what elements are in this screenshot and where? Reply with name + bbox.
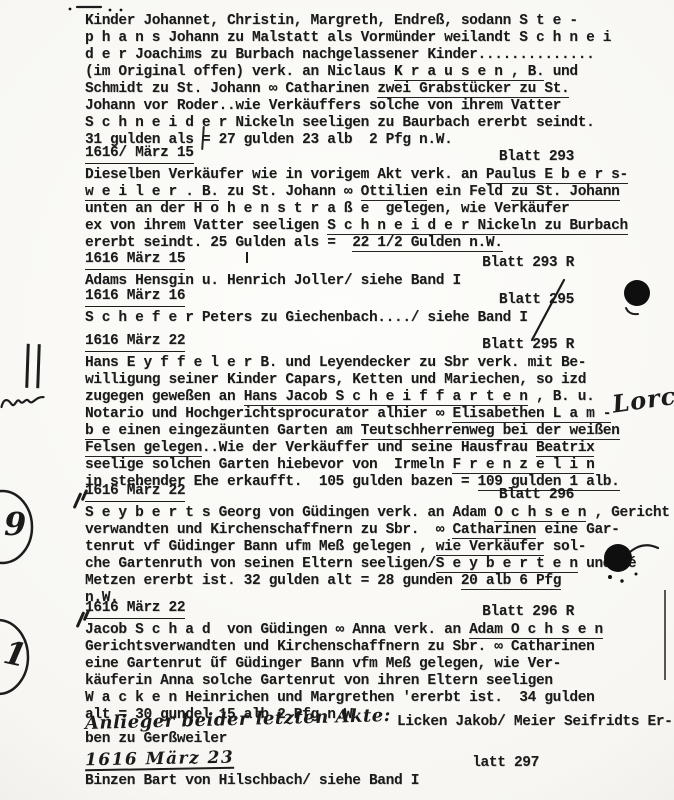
text-line: willigung seiner Kinder Capars, Ketten u…	[85, 372, 674, 389]
folio-ref: latt 297	[472, 755, 539, 772]
text-line: Anlieger beider letzten Akte: Licken Jak…	[85, 712, 674, 731]
entry-date: 1616 März 22	[85, 483, 185, 502]
handwritten-text: Anlieger beider letzten Akte:	[85, 708, 391, 732]
scanned-register-page: Kinder Johannet, Christin, Margreth, End…	[0, 0, 674, 800]
entry-date: 1616/ März 15	[85, 145, 194, 164]
text-line: zugegen geweßen an Hans Jacob S c h e i …	[85, 389, 674, 406]
text-segment: zu St. Johann ∞	[219, 184, 361, 200]
entry-date: 1616 März 22	[85, 600, 185, 619]
text-line: seelige solchen Garten hiebevor von Irme…	[85, 457, 674, 474]
text-line: Dieselben Verkäufer wie in vorigem Akt v…	[85, 167, 674, 184]
text-segment: willigung seiner Kinder Capars, Ketten u…	[85, 372, 586, 388]
text-segment: Gerichtsverwandten und Kirchenschaffnern…	[85, 639, 594, 655]
text-line: Jacob S c h a d von Güdingen ∞ Anna verk…	[85, 622, 674, 639]
text-line: Gerichtsverwandten und Kirchenschaffnern…	[85, 639, 674, 656]
margin-slash-mark	[73, 492, 82, 509]
text-line: Johann vor Roder..wie Verkäuffers solche…	[85, 98, 674, 115]
text-segment: Jacob S c h a d von Güdingen ∞ Anna verk…	[85, 622, 469, 638]
underlined-name: O c h s e n	[494, 505, 586, 522]
margin-squiggle-mark	[0, 390, 46, 420]
entry-header: 1616 März 22 Blatt 296 R	[85, 600, 674, 621]
entry-header: 1616/ März 15 Blatt 293	[85, 145, 674, 166]
underlined-amount: 22 1/2 Gulden n.W.	[352, 235, 502, 252]
margin-circled-number: 1	[0, 616, 36, 704]
text-segment: Dieselben Verkäufer wie in vorigem Akt v…	[85, 167, 486, 183]
text-line: Kinder Johannet, Christin, Margreth, End…	[85, 13, 674, 30]
register-entry: 1616 März 15 Blatt 293 R Adams Hensgin u…	[85, 251, 674, 290]
circled-number-label: 1	[1, 636, 30, 672]
text-segment: tenrut vf Güdinger Bann ufm Meß gelegen …	[85, 539, 436, 555]
underlined-name: Ottilien	[361, 184, 428, 201]
underlined-name: Elisabethen L a m -	[452, 406, 611, 423]
text-segment: eine Gar-	[536, 522, 620, 538]
text-segment: , B. u.	[528, 389, 595, 405]
underlined-text: wie Verkäufer	[436, 539, 545, 556]
text-segment: d e r Joachims zu Burbach nachgelassener…	[85, 47, 594, 63]
text-line: Schmidt zu St. Johann ∞ Catharinen zwei …	[85, 81, 674, 98]
text-segment: S c h n e i d e r Nickeln seeligen zu Ba…	[85, 115, 594, 131]
underlined-name: Hans Jacob S c h e i f f a r t e n	[244, 389, 528, 406]
underlined-name: b e	[85, 423, 110, 440]
text-segment: verwandten und Kirchenschaffnern zu Sbr.…	[85, 522, 452, 538]
text-segment: Hans E y f f e l e r B. und Leyendecker …	[85, 355, 586, 371]
text-line: p h a n s Johann zu Malstatt als Vormünd…	[85, 30, 674, 47]
text-line: Notario und Hochgerichtsprocurator alhie…	[85, 406, 674, 423]
text-segment: Adams Hensgin u. Henrich Joller/ siehe B…	[85, 273, 461, 289]
text-line: S e y b e r t s Georg von Güdingen verk.…	[85, 505, 674, 522]
underlined-name: Beatrix	[536, 440, 594, 457]
text-segment: che Gartenruth von seinen Eltern seelige…	[85, 556, 436, 572]
text-segment: (im Original offen) verk. an Niclaus	[85, 64, 394, 80]
register-entry: 1616 März 23 latt 297 Binzen Bart von Hi…	[85, 751, 674, 790]
text-segment: W a c k e n Heinrichen und Margrethen 'e…	[85, 690, 594, 706]
text-segment: ererbt seindt. 25 Gulden als =	[85, 235, 352, 251]
text-line: d e r Joachims zu Burbach nachgelassener…	[85, 47, 674, 64]
text-line: ben zu Gerßweiler	[85, 731, 674, 748]
text-segment: S c h e f e r Peters zu Giechenbach..../…	[85, 310, 528, 326]
text-line: b e einen eingezäunten Garten am Teutsch…	[85, 423, 674, 440]
circled-number-label: 9	[4, 508, 27, 540]
entry-date: 1616 März 22	[85, 333, 185, 352]
register-entry: 1616 März 22 Blatt 295 R Hans E y f f e …	[85, 333, 674, 491]
register-entry: 1616 März 16 Blatt 295 S c h e f e r Pet…	[85, 288, 674, 327]
text-segment: zugegen geweßen an	[85, 389, 244, 405]
underlined-name: F r e n z e l i n	[452, 457, 594, 474]
underlined-text: zu St. Johann	[511, 184, 620, 201]
text-segment: p h a n s Johann zu Malstatt als Vormünd…	[85, 30, 611, 46]
folio-ref: Blatt 295	[499, 292, 574, 309]
text-line: Binzen Bart von Hilschbach/ siehe Band I	[85, 773, 674, 790]
margin-double-bar-mark	[25, 344, 41, 388]
text-segment: Schmidt zu St. Johann ∞ Catharinen	[85, 81, 377, 97]
text-segment: Metzen ererbt ist. 32 gulden alt = 28 gu…	[85, 573, 461, 589]
entry-date: 1616 März 16	[85, 288, 185, 307]
text-line: tenrut vf Güdinger Bann ufm Meß gelegen …	[85, 539, 674, 556]
text-segment: Johann vor Roder..wie Verkäuffers solche…	[85, 98, 561, 114]
underlined-amount: 20 alb 6 Pfg	[461, 573, 561, 590]
text-line: (im Original offen) verk. an Niclaus K r…	[85, 64, 674, 81]
underlined-name: S c h n e i d e r Nickeln zu Burbach	[327, 218, 628, 235]
text-segment: Notario und Hochgerichtsprocurator alhie…	[85, 406, 452, 422]
text-segment: und Mé	[578, 556, 636, 572]
text-line: ererbt seindt. 25 Gulden als = 22 1/2 Gu…	[85, 235, 674, 252]
text-line: Felsen gelegen..Wie der Verkäuffer und s…	[85, 440, 674, 457]
folio-ref: Blatt 295 R	[482, 337, 574, 354]
underlined-name: Adam O c h s e n	[469, 622, 603, 639]
folio-ref: Blatt 296 R	[482, 604, 574, 621]
underlined-name: Catharinen	[452, 522, 536, 539]
underlined-name: w e i l e r . B.	[85, 184, 219, 201]
margin-circled-number: 9	[0, 488, 38, 574]
text-line: ex von ihrem Vatter seeligen S c h n e i…	[85, 218, 674, 235]
entry-date-handwritten: 1616 März 23	[85, 750, 235, 772]
underlined-name: S e y b e r t e n	[436, 556, 578, 573]
text-line: Hans E y f f e l e r B. und Leyendecker …	[85, 355, 674, 372]
text-segment: sol-	[544, 539, 586, 555]
underlined-name: Paulus E b e r s-	[486, 167, 628, 184]
underlined-name: K r a u s e n , B.	[394, 64, 544, 81]
underlined-text: Felsen gelegen	[85, 440, 202, 457]
text-segment: ein Feld	[427, 184, 511, 200]
entry-header: 1616 März 23 latt 297	[85, 751, 674, 772]
text-segment: Kinder Johannet, Christin, Margreth, End…	[85, 13, 578, 29]
entry-header: 1616 März 22 Blatt 296	[85, 483, 674, 504]
text-segment: ..Wie der Verkäuffer und seine Hausfrau	[202, 440, 536, 456]
entry-header: 1616 März 22 Blatt 295 R	[85, 333, 674, 354]
entry-header: 1616 März 15 Blatt 293 R	[85, 251, 674, 272]
margin-slash-mark	[76, 611, 85, 628]
folio-ref: Blatt 293	[499, 149, 574, 166]
text-segment: Licken Jakob/ Meier Seifridts Er-	[397, 714, 673, 731]
text-segment: Binzen Bart von Hilschbach/ siehe Band I	[85, 773, 419, 789]
register-entry: Kinder Johannet, Christin, Margreth, End…	[85, 13, 674, 149]
text-segment: und	[544, 64, 577, 80]
register-entry: 1616 März 22 Blatt 296 S e y b e r t s G…	[85, 483, 674, 607]
folio-ref: Blatt 296	[499, 487, 574, 504]
handwritten-note: Anlieger beider letzten Akte: Licken Jak…	[85, 712, 674, 748]
text-line: unten an der H o h e n s t r a ß e geleg…	[85, 201, 674, 218]
text-line: Metzen ererbt ist. 32 gulden alt = 28 gu…	[85, 573, 674, 590]
text-segment: käuferin Anna solche Gartenrut von ihren…	[85, 673, 553, 689]
entry-date: 1616 März 15	[85, 251, 185, 270]
text-segment: eine Gartenrut ũf Güdinger Bann vfm Meß …	[85, 656, 561, 672]
entry-header: 1616 März 16 Blatt 295	[85, 288, 674, 309]
folio-ref: Blatt 293 R	[482, 255, 574, 272]
register-entry: 1616/ März 15 Blatt 293 Dieselben Verkäu…	[85, 145, 674, 252]
text-line: S c h e f e r Peters zu Giechenbach..../…	[85, 310, 674, 327]
text-line: che Gartenruth von seinen Eltern seelige…	[85, 556, 674, 573]
text-line: käuferin Anna solche Gartenrut von ihren…	[85, 673, 674, 690]
text-line: eine Gartenrut ũf Güdinger Bann vfm Meß …	[85, 656, 674, 673]
text-segment: S e y b e r t s Georg von Güdingen verk.…	[85, 505, 494, 521]
text-line: verwandten und Kirchenschaffnern zu Sbr.…	[85, 522, 674, 539]
text-segment: ex von ihrem Vatter seeligen	[85, 218, 327, 234]
text-segment: einen eingezäunten Garten am	[110, 423, 361, 439]
text-segment: unten an der H o h e n s t r a ß e geleg…	[85, 201, 569, 217]
text-segment: seelige solchen Garten hiebevor von Irme…	[85, 457, 452, 473]
underlined-text: Teutschherrenweg bei der weißen	[361, 423, 620, 440]
text-line: S c h n e i d e r Nickeln seeligen zu Ba…	[85, 115, 674, 132]
text-segment: , Gericht	[586, 505, 670, 521]
underlined-text: zwei Grabstücker zu St.	[377, 81, 569, 98]
text-line: w e i l e r . B. zu St. Johann ∞ Ottilie…	[85, 184, 674, 201]
